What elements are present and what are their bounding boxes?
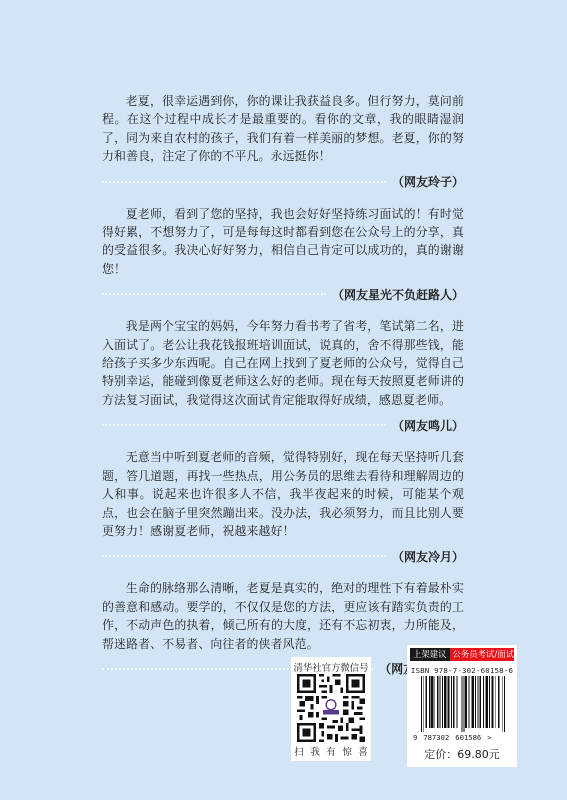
testimonial: 无意当中听到夏老师的音频，觉得特别好，现在每天坚持听几套题，答几道题，再找一些热… (102, 448, 464, 566)
shelf-category: 公务员考试/面试 (450, 648, 515, 661)
dotted-divider (102, 293, 326, 295)
dotted-divider (102, 555, 386, 557)
isbn-number: ISBN 978-7-302-60158-6 (407, 666, 517, 675)
testimonial: 老夏，很幸运遇到你，你的课让我获益良多。但行努力，莫问前程。在这个过程中成长才是… (102, 92, 464, 192)
barcode-digits: 9 787302 601586 > (413, 733, 517, 742)
dotted-divider (102, 181, 386, 183)
qr-code-icon[interactable] (297, 674, 365, 742)
testimonial-author: （网友鸣儿） (392, 417, 464, 434)
wechat-qr-panel: 清华社官方微信号 (291, 657, 371, 761)
testimonial-text: 老夏，很幸运遇到你，你的课让我获益良多。但行努力，莫问前程。在这个过程中成长才是… (102, 92, 464, 166)
testimonials: 老夏，很幸运遇到你，你的课让我获益良多。但行努力，莫问前程。在这个过程中成长才是… (102, 92, 464, 692)
testimonial-text: 生命的脉络那么清晰，老夏是真实的，绝对的理性下有着最朴实的善意和感动。要学的，不… (102, 579, 464, 653)
testimonial-text: 夏老师，看到了您的坚持，我也会好好坚持练习面试的！有时觉得好累，不想努力了，可是… (102, 205, 464, 279)
dotted-divider (102, 424, 386, 426)
testimonial-text: 我是两个宝宝的妈妈，今年努力看书考了省考，笔试第二名，进入面试了。老公让我花钱报… (102, 317, 464, 409)
isbn-panel: 上架建议 公务员考试/面试 ISBN 978-7-302-60158-6 9 7… (407, 645, 517, 767)
barcode-icon (421, 676, 505, 732)
qr-title: 清华社官方微信号 (291, 660, 371, 674)
testimonial-author: （网友玲子） (392, 173, 464, 190)
shelf-label: 上架建议 (410, 648, 450, 661)
price: 定价：69.80元 (407, 746, 517, 762)
shelf-suggestion: 上架建议 公务员考试/面试 (410, 648, 514, 661)
qr-caption: 扫 我 有 惊 喜 (291, 744, 371, 758)
testimonial: 我是两个宝宝的妈妈，今年努力看书考了省考，笔试第二名，进入面试了。老公让我花钱报… (102, 317, 464, 435)
testimonial-text: 无意当中听到夏老师的音频，觉得特别好，现在每天坚持听几套题，答几道题，再找一些热… (102, 448, 464, 540)
testimonial-author: （网友冷月） (392, 548, 464, 565)
testimonial-author: （网友星光不负赶路人） (332, 286, 464, 303)
testimonial: 夏老师，看到了您的坚持，我也会好好坚持练习面试的！有时觉得好累，不想努力了，可是… (102, 205, 464, 305)
